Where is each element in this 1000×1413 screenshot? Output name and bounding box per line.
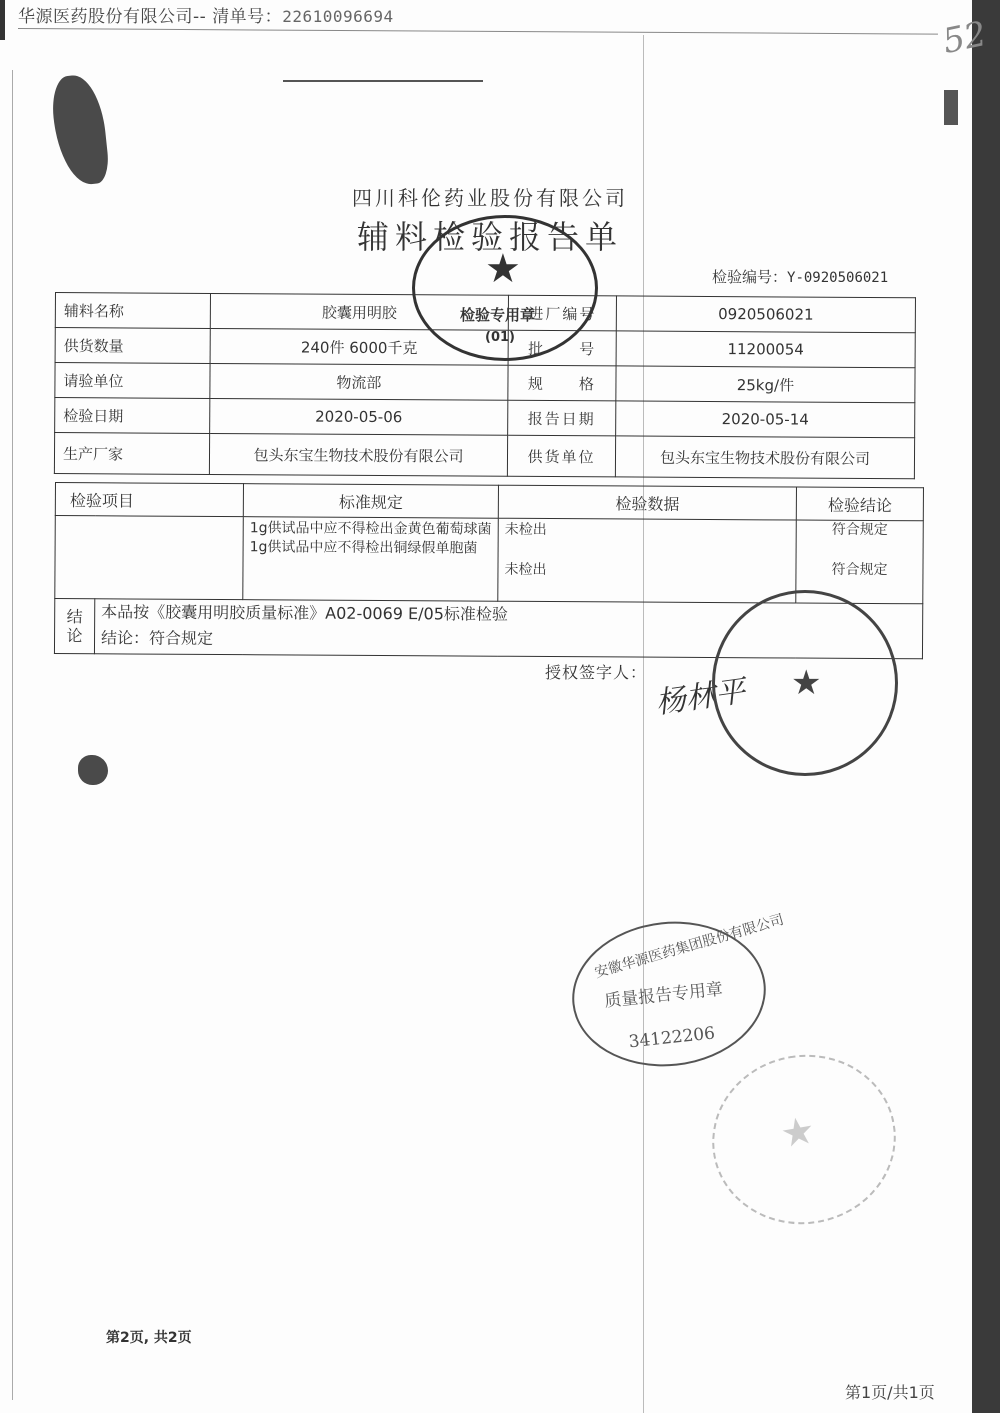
info-value: 包头东宝生物技术股份有限公司 <box>209 433 507 476</box>
star-icon: ★ <box>777 1107 818 1156</box>
authorized-signer-label: 授权签字人： <box>545 660 647 683</box>
report-number-label: 检验编号： <box>712 268 787 286</box>
info-label: 供货单位 <box>507 435 615 477</box>
info-label: 供货数量 <box>55 328 210 364</box>
info-value: 包头东宝生物技术股份有限公司 <box>615 436 914 479</box>
info-value: 2020-05-06 <box>210 398 508 435</box>
scan-blot <box>944 90 958 125</box>
data-1: 未检出 <box>505 521 790 563</box>
conclusion-label: 结论 <box>54 599 94 654</box>
test-table-header: 检验项目 标准规定 检验数据 检验结论 <box>55 483 923 521</box>
issuer-company: 四川科伦药业股份有限公司 <box>300 182 680 211</box>
conclusion-label-char: 论 <box>55 626 94 645</box>
test-data: 未检出 未检出 <box>498 518 797 603</box>
info-label: 生产厂家 <box>54 433 209 475</box>
info-label: 请验单位 <box>55 363 210 399</box>
quality-report-seal: 安徽华源医药集团股份有限公司 质量报告专用章 34122206 <box>565 912 773 1075</box>
info-label: 规 格 <box>508 365 616 401</box>
info-value: 0920506021 <box>616 296 915 333</box>
scan-line <box>12 70 13 1400</box>
standard-2: 1g供试品中应不得检出铜绿假单胞菌 <box>250 538 492 558</box>
banner-company: 华源医药股份有限公司-- <box>18 7 206 27</box>
report-number: 检验编号：Y-0920506021 <box>712 266 888 287</box>
faded-seal: ★ <box>699 1040 910 1238</box>
report-number-value: Y-0920506021 <box>787 270 888 286</box>
banner-list-number: 22610096694 <box>282 7 393 26</box>
star-icon: ★ <box>485 246 521 292</box>
result-2: 符合规定 <box>802 561 916 581</box>
info-value: 11200054 <box>616 331 915 368</box>
header-standard: 标准规定 <box>243 484 498 519</box>
banner-list-label: 清单号： <box>212 7 282 27</box>
banner-underline <box>18 28 938 35</box>
page-indicator-outer: 第1页/共1页 <box>845 1380 935 1403</box>
info-label: 检验日期 <box>55 398 210 434</box>
conclusion-label-text: 结论 <box>55 607 94 645</box>
result-1: 符合规定 <box>803 521 917 562</box>
info-label: 报告日期 <box>508 400 616 436</box>
inspection-seal: ★ 检验专用章 (01) <box>412 215 598 361</box>
scan-edge-left <box>0 0 5 40</box>
info-row: 检验日期2020-05-06报告日期2020-05-14 <box>55 398 915 438</box>
inspection-seal-text: 检验专用章 <box>460 304 535 325</box>
quality-seal-text: 质量报告专用章 <box>603 974 724 1011</box>
scan-blot <box>49 73 110 188</box>
test-item <box>55 516 244 600</box>
inspection-seal-code: (01) <box>485 330 515 345</box>
standard-1: 1g供试品中应不得检出金黄色葡萄球菌 <box>250 519 492 539</box>
conclusion-label-char: 结 <box>55 607 94 626</box>
scan-blot <box>78 755 108 785</box>
scan-mark <box>283 80 483 82</box>
header-item: 检验项目 <box>55 483 243 517</box>
data-2: 未检出 <box>504 561 789 582</box>
header-result: 检验结论 <box>796 487 923 521</box>
info-row: 请验单位物流部规 格25kg/件 <box>55 363 915 403</box>
star-icon: ★ <box>791 663 821 703</box>
info-value: 物流部 <box>210 363 508 400</box>
company-seal: ★ <box>712 590 898 776</box>
scan-edge <box>972 0 1000 1413</box>
info-label: 辅料名称 <box>55 293 210 329</box>
quality-seal-ring-text: 安徽华源医药集团股份有限公司 <box>592 909 786 982</box>
info-value: 2020-05-14 <box>616 401 915 438</box>
info-row: 生产厂家包头东宝生物技术股份有限公司供货单位包头东宝生物技术股份有限公司 <box>54 433 914 479</box>
info-value: 25kg/件 <box>616 366 915 403</box>
list-banner: 华源医药股份有限公司-- 清单号：22610096694 <box>18 2 394 27</box>
header-data: 检验数据 <box>498 485 796 520</box>
test-standards: 1g供试品中应不得检出金黄色葡萄球菌 1g供试品中应不得检出铜绿假单胞菌 <box>243 517 499 602</box>
page-indicator-inner: 第2页, 共2页 <box>106 1327 192 1347</box>
quality-seal-code: 34122206 <box>628 1023 716 1052</box>
